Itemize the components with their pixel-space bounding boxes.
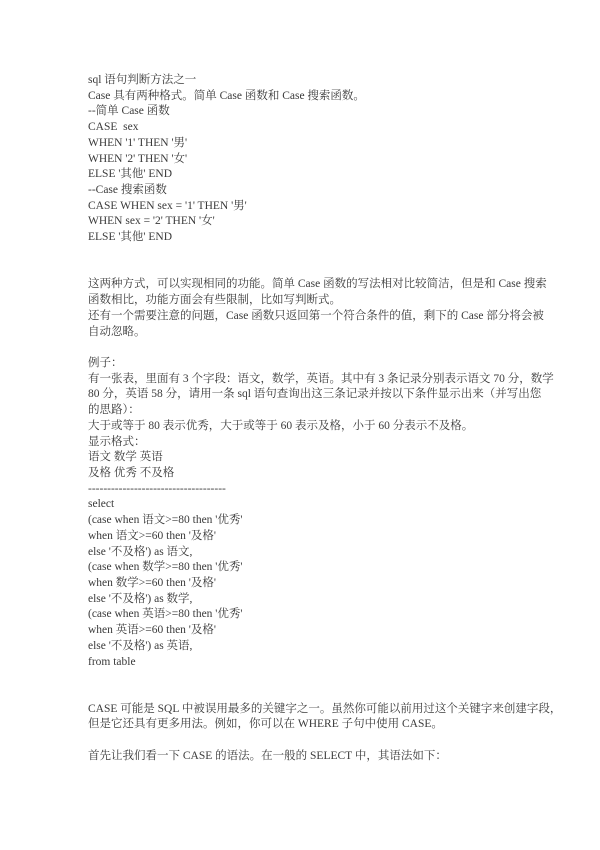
text-line: WHEN sex = '2' THEN '女' bbox=[88, 214, 558, 230]
text-line: ------------------------------------ bbox=[88, 482, 558, 498]
document-text-block: sql 语句判断方法之一Case 具有两种格式。简单 Case 函数和 Case… bbox=[88, 73, 558, 765]
text-line bbox=[88, 733, 558, 749]
text-line: 但是它还具有更多用法。例如，你可以在 WHERE 子句中使用 CASE。 bbox=[88, 717, 558, 733]
text-line: 自动忽略。 bbox=[88, 325, 558, 341]
text-line: else '不及格') as 语文, bbox=[88, 545, 558, 561]
text-line: 80 分，英语 58 分，请用一条 sql 语句查询出这三条记录并按以下条件显示… bbox=[88, 387, 558, 403]
text-line: when 英语>=60 then '及格' bbox=[88, 623, 558, 639]
text-line bbox=[88, 246, 558, 262]
text-line: 语文 数学 英语 bbox=[88, 450, 558, 466]
text-line: CASE 可能是 SQL 中被误用最多的关键字之一。虽然你可能以前用过这个关键字… bbox=[88, 702, 558, 718]
text-line: else '不及格') as 数学, bbox=[88, 592, 558, 608]
text-line bbox=[88, 686, 558, 702]
text-line: 的思路）： bbox=[88, 403, 558, 419]
text-line bbox=[88, 340, 558, 356]
text-line: 例子： bbox=[88, 356, 558, 372]
text-line: 有一张表，里面有 3 个字段：语文，数学，英语。其中有 3 条记录分别表示语文 … bbox=[88, 372, 558, 388]
text-line: CASE WHEN sex = '1' THEN '男' bbox=[88, 199, 558, 215]
text-line: CASE sex bbox=[88, 120, 558, 136]
text-line: WHEN '2' THEN '女' bbox=[88, 152, 558, 168]
text-line: 还有一个需要注意的问题，Case 函数只返回第一个符合条件的值，剩下的 Case… bbox=[88, 309, 558, 325]
text-line bbox=[88, 670, 558, 686]
text-line: ELSE '其他' END bbox=[88, 230, 558, 246]
text-line: 大于或等于 80 表示优秀，大于或等于 60 表示及格，小于 60 分表示不及格… bbox=[88, 419, 558, 435]
text-line: when 语文>=60 then '及格' bbox=[88, 529, 558, 545]
text-line: (case when 英语>=80 then '优秀' bbox=[88, 607, 558, 623]
text-line: WHEN '1' THEN '男' bbox=[88, 136, 558, 152]
text-line: 显示格式： bbox=[88, 435, 558, 451]
text-line: --Case 搜索函数 bbox=[88, 183, 558, 199]
text-line: (case when 语文>=80 then '优秀' bbox=[88, 513, 558, 529]
text-line: ELSE '其他' END bbox=[88, 167, 558, 183]
text-line: 及格 优秀 不及格 bbox=[88, 466, 558, 482]
text-line: --简单 Case 函数 bbox=[88, 104, 558, 120]
text-line: 函数相比，功能方面会有些限制，比如写判断式。 bbox=[88, 293, 558, 309]
text-line: else '不及格') as 英语, bbox=[88, 639, 558, 655]
text-line: Case 具有两种格式。简单 Case 函数和 Case 搜索函数。 bbox=[88, 89, 558, 105]
text-line: 这两种方式，可以实现相同的功能。简单 Case 函数的写法相对比较简洁，但是和 … bbox=[88, 277, 558, 293]
text-line: sql 语句判断方法之一 bbox=[88, 73, 558, 89]
text-line: 首先让我们看一下 CASE 的语法。在一般的 SELECT 中，其语法如下： bbox=[88, 749, 558, 765]
text-line: select bbox=[88, 497, 558, 513]
text-line bbox=[88, 262, 558, 278]
text-line: when 数学>=60 then '及格' bbox=[88, 576, 558, 592]
text-line: (case when 数学>=80 then '优秀' bbox=[88, 560, 558, 576]
document-page: sql 语句判断方法之一Case 具有两种格式。简单 Case 函数和 Case… bbox=[0, 0, 600, 850]
text-line: from table bbox=[88, 655, 558, 671]
